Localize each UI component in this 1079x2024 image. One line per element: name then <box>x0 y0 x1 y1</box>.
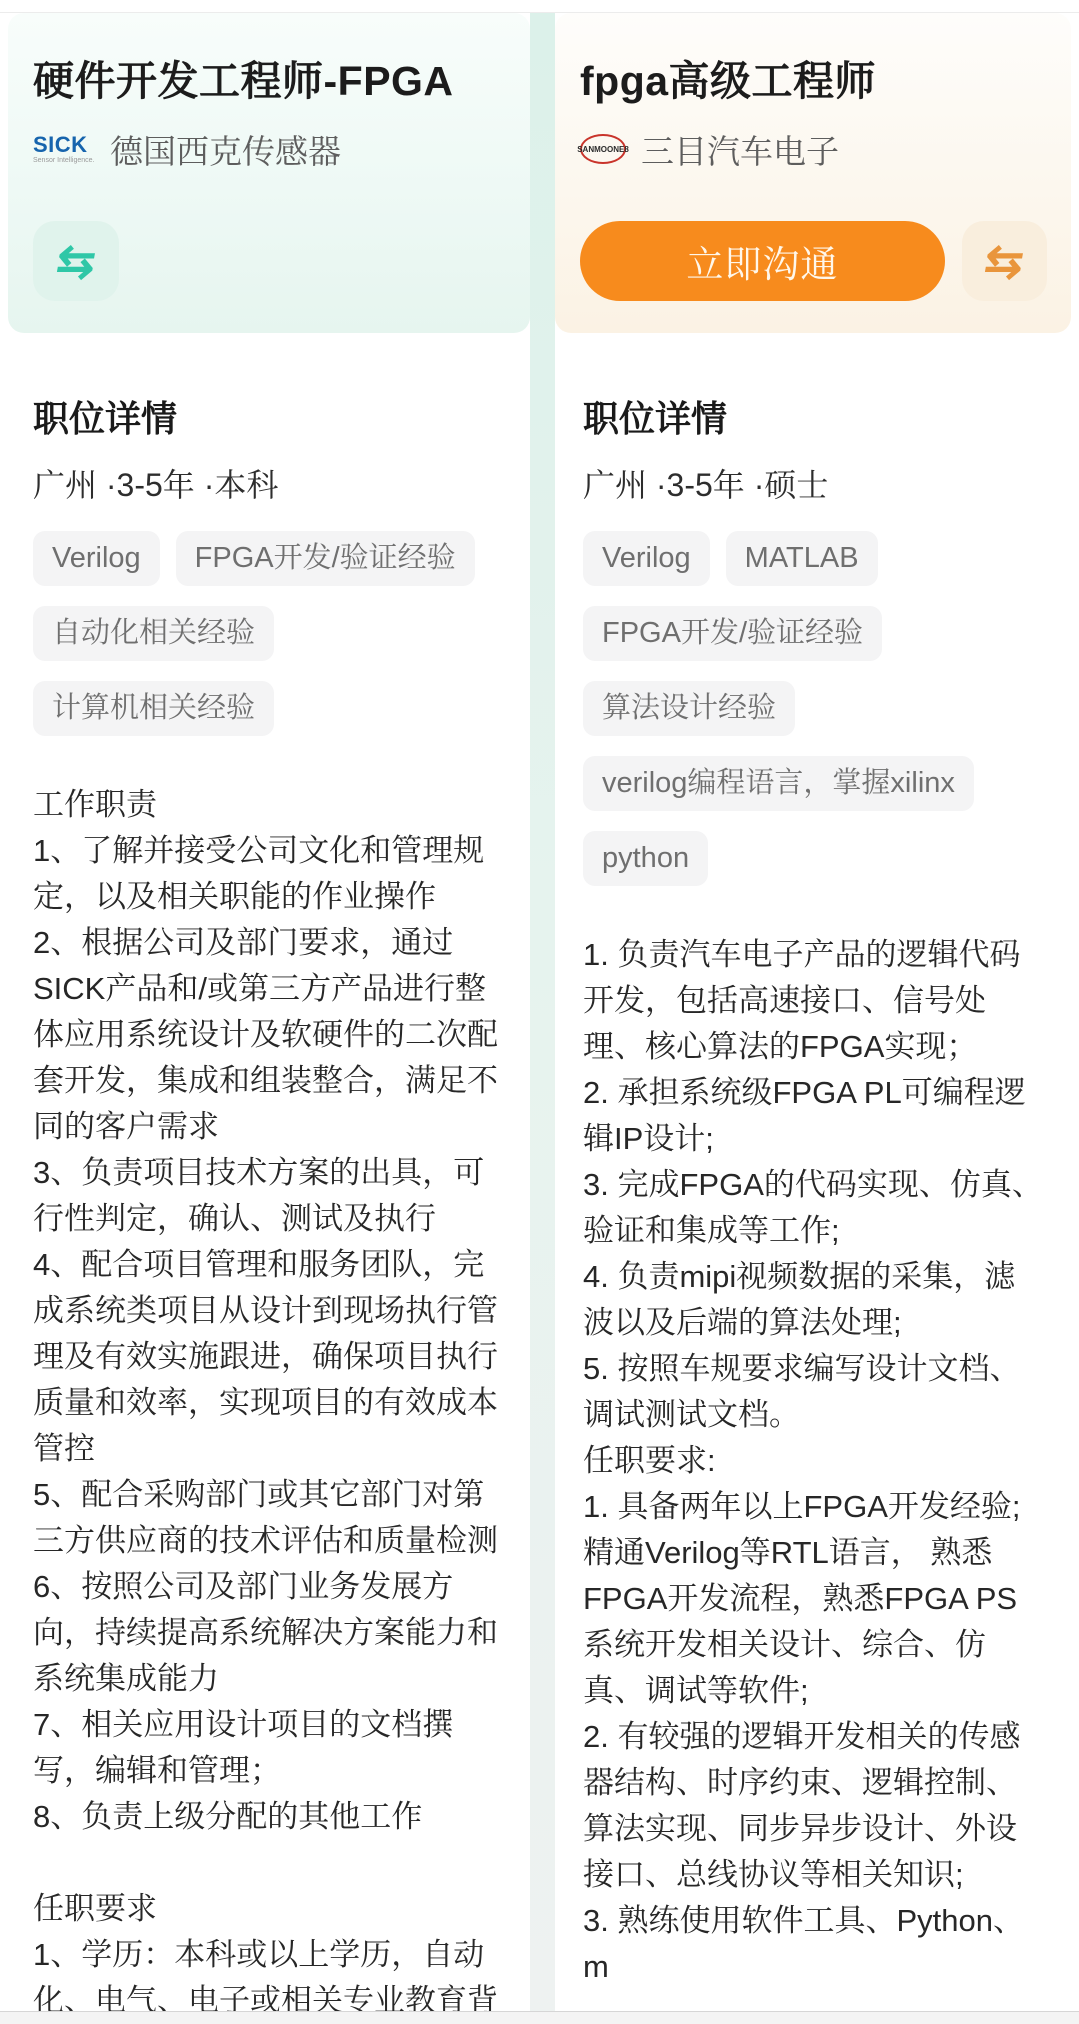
description-line <box>33 1840 504 1886</box>
description-line: 7、相关应用设计项目的文档撰写，编辑和管理； <box>33 1702 504 1794</box>
skill-tag: Verilog <box>33 531 160 586</box>
actions-row-right: 立即沟通 ⇆ <box>580 221 1047 301</box>
swap-arrows-icon: ⇆ <box>981 238 1028 284</box>
description-line: 1、了解并接受公司文化和管理规定，以及相关职能的作业操作 <box>33 828 504 920</box>
job-title-right: fpga高级工程师 <box>580 55 1047 107</box>
description-line: 4、配合项目管理和服务团队，完成系统类项目从设计到现场执行管理及有效实施跟进，确… <box>33 1242 504 1472</box>
description-line: 工作职责 <box>33 782 504 828</box>
sick-logo-tagline: Sensor Intelligence. <box>33 156 95 165</box>
job-compare-page: 硬件开发工程师-FPGA SICK Sensor Intelligence. 德… <box>0 0 1079 2024</box>
skill-tag: 算法设计经验 <box>583 681 795 736</box>
swap-job-button-left[interactable]: ⇆ <box>33 221 119 301</box>
skill-tag: python <box>583 831 708 886</box>
description-line: 3. 完成FPGA的代码实现、仿真、验证和集成等工作; <box>583 1162 1043 1254</box>
job-details-right: 职位详情 广州 ·3-5年 ·硕士 VerilogMATLABFPGA开发/验证… <box>555 397 1071 1990</box>
skill-tag: FPGA开发/验证经验 <box>176 531 475 586</box>
skill-tag: 自动化相关经验 <box>33 606 274 661</box>
top-strip <box>0 0 1079 12</box>
description-line: 8、负责上级分配的其他工作 <box>33 1794 504 1840</box>
description-line: 5. 按照车规要求编写设计文档、调试测试文档。 <box>583 1346 1043 1438</box>
job-header-card-left: 硬件开发工程师-FPGA SICK Sensor Intelligence. 德… <box>8 13 530 333</box>
job-description-right: 1. 负责汽车电子产品的逻辑代码开发，包括高速接口、信号处理、核心算法的FPGA… <box>583 932 1043 1990</box>
chat-now-button[interactable]: 立即沟通 <box>580 221 945 301</box>
sanmoon-logo-text: SANMOONE8 <box>577 145 629 154</box>
job-description-left: 工作职责1、了解并接受公司文化和管理规定，以及相关职能的作业操作2、根据公司及部… <box>33 782 504 2012</box>
skill-tag: 计算机相关经验 <box>33 681 274 736</box>
job-header-card-right: fpga高级工程师 SANMOONE8 三目汽车电子 立即沟通 ⇆ <box>555 13 1071 333</box>
company-logo-sanmoon: SANMOONE8 <box>580 132 626 166</box>
sick-logo-text: SICK <box>33 134 95 156</box>
skill-tag: Verilog <box>583 531 710 586</box>
description-line: 2. 有较强的逻辑开发相关的传感器结构、时序约束、逻辑控制、算法实现、同步异步设… <box>583 1714 1043 1898</box>
column-divider <box>530 13 555 2012</box>
company-logo-sick: SICK Sensor Intelligence. <box>33 134 95 165</box>
description-line: 2、根据公司及部门要求，通过SICK产品和/或第三方产品进行整体应用系统设计及软… <box>33 920 504 1150</box>
description-line: 6、按照公司及部门业务发展方向，持续提高系统解决方案能力和系统集成能力 <box>33 1564 504 1702</box>
company-name-right: 三目汽车电子 <box>641 126 839 173</box>
skill-tag: verilog编程语言，掌握xilinx <box>583 756 974 811</box>
tag-list-left: VerilogFPGA开发/验证经验自动化相关经验计算机相关经验 <box>33 531 504 736</box>
swap-job-button-right[interactable]: ⇆ <box>962 221 1047 301</box>
job-meta-left: 广州 ·3-5年 ·本科 <box>33 465 504 505</box>
description-line: 4. 负责mipi视频数据的采集，滤波以及后端的算法处理; <box>583 1254 1043 1346</box>
company-row-right[interactable]: SANMOONE8 三目汽车电子 <box>580 125 1047 173</box>
details-heading-right: 职位详情 <box>583 397 1043 441</box>
swap-arrows-icon: ⇆ <box>53 238 100 284</box>
actions-row-left: ⇆ <box>33 221 506 301</box>
skill-tag: FPGA开发/验证经验 <box>583 606 882 661</box>
description-line: 3、负责项目技术方案的出具，可行性判定，确认、测试及执行 <box>33 1150 504 1242</box>
description-line: 3. 熟练使用软件工具、Python、m <box>583 1898 1043 1990</box>
description-line: 任职要求: <box>583 1438 1043 1484</box>
details-heading-left: 职位详情 <box>33 397 504 441</box>
skill-tag: MATLAB <box>726 531 878 586</box>
company-name-left: 德国西克传感器 <box>110 126 341 173</box>
bottom-bar <box>0 2011 1079 2024</box>
description-line: 5、配合采购部门或其它部门对第三方供应商的技术评估和质量检测 <box>33 1472 504 1564</box>
job-column-left: 硬件开发工程师-FPGA SICK Sensor Intelligence. 德… <box>8 13 530 2012</box>
job-column-right: fpga高级工程师 SANMOONE8 三目汽车电子 立即沟通 ⇆ 职位详情 <box>555 13 1071 2012</box>
description-line: 2. 承担系统级FPGA PL可编程逻辑IP设计; <box>583 1070 1043 1162</box>
company-row-left[interactable]: SICK Sensor Intelligence. 德国西克传感器 <box>33 125 506 173</box>
description-line: 1. 具备两年以上FPGA开发经验;精通Verilog等RTL语言， 熟悉FPG… <box>583 1484 1043 1714</box>
job-compare-container: 硬件开发工程师-FPGA SICK Sensor Intelligence. 德… <box>0 13 1079 2012</box>
tag-list-right: VerilogMATLABFPGA开发/验证经验算法设计经验verilog编程语… <box>583 531 1043 886</box>
description-line: 1、学历：本科或以上学历，自动化、电气、电子或相关专业教育背 <box>33 1932 504 2012</box>
description-line: 任职要求 <box>33 1886 504 1932</box>
description-line: 1. 负责汽车电子产品的逻辑代码开发，包括高速接口、信号处理、核心算法的FPGA… <box>583 932 1043 1070</box>
job-details-left: 职位详情 广州 ·3-5年 ·本科 VerilogFPGA开发/验证经验自动化相… <box>8 397 530 2012</box>
job-title-left: 硬件开发工程师-FPGA <box>33 55 506 107</box>
job-meta-right: 广州 ·3-5年 ·硕士 <box>583 465 1043 505</box>
